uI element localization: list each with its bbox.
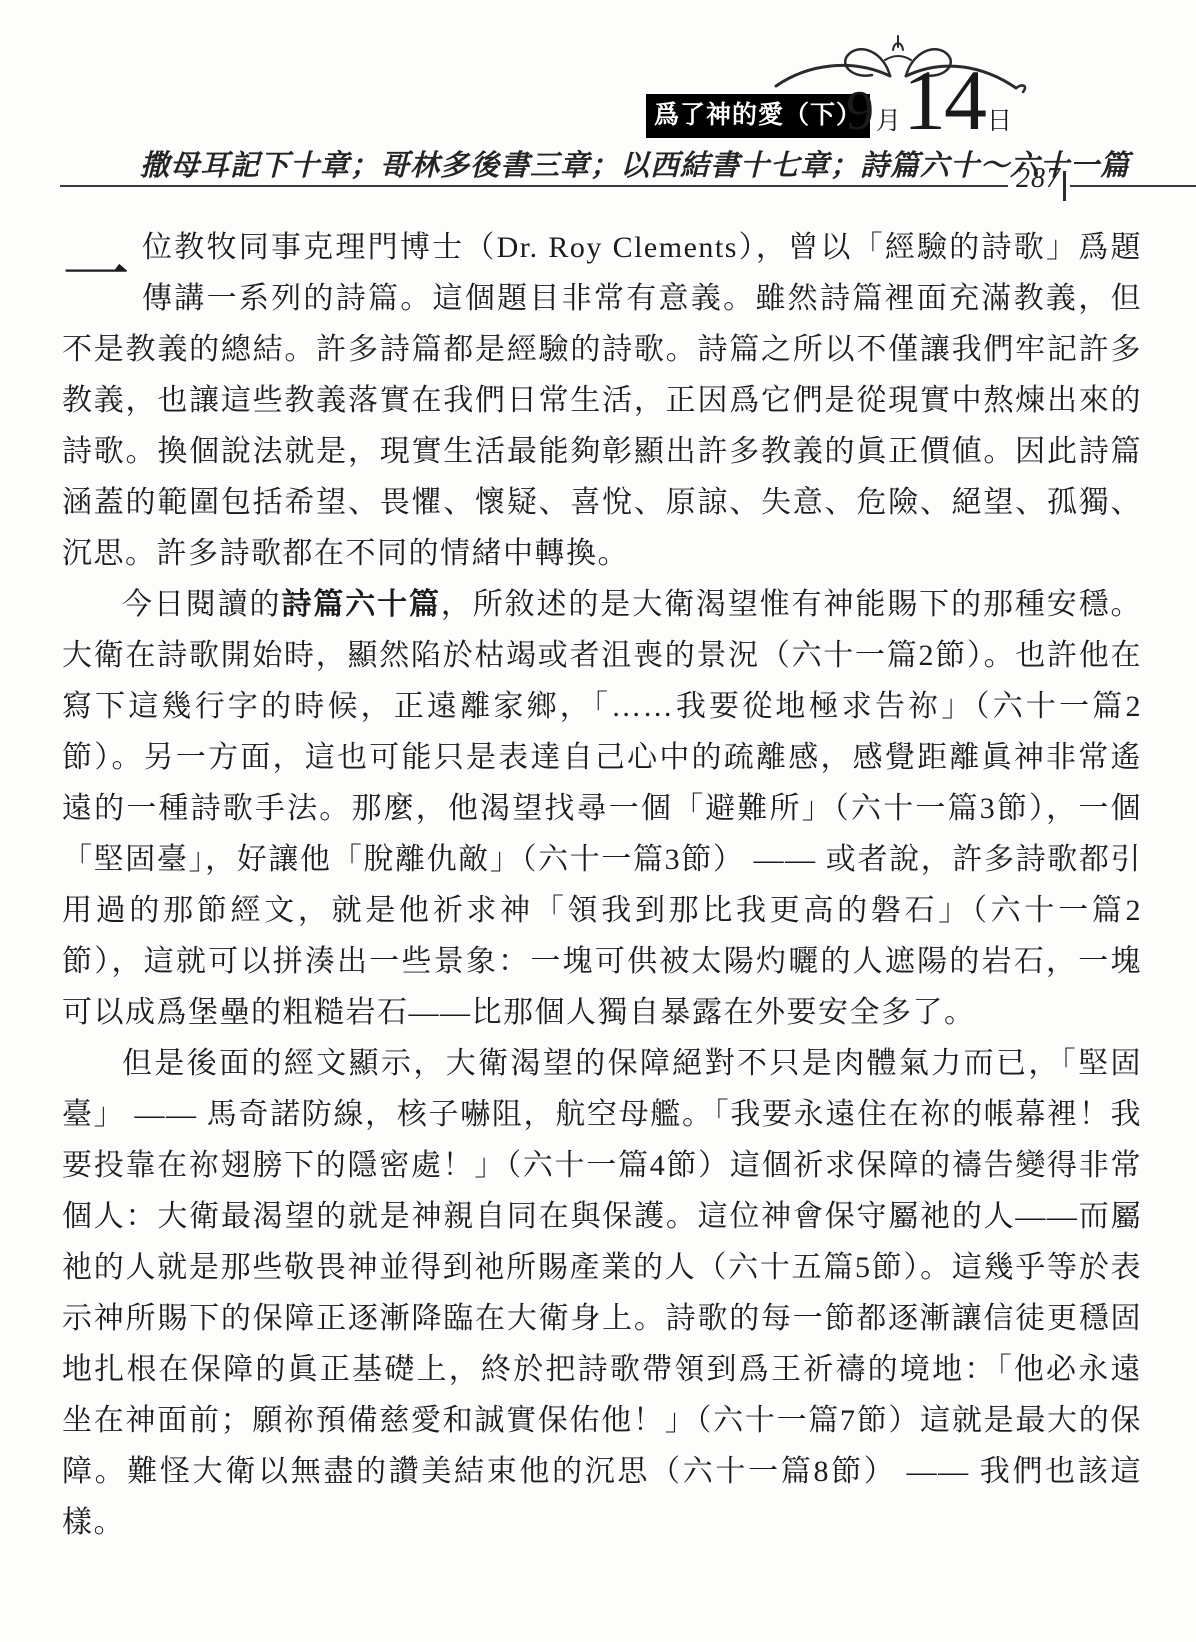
paragraph-2-rest: ，所敘述的是大衛渴望惟有神能賜下的那種安穩。大衛在詩歌開始時，顯然陷於枯竭或者沮…	[62, 588, 1142, 1029]
month-character: 月	[876, 101, 901, 137]
paragraph-3: 但是後面的經文顯示，大衛渴望的保障絕對不只是肉體氣力而已，「堅固臺」 —— 馬奇…	[62, 1038, 1142, 1548]
page-number: 287	[1016, 163, 1061, 195]
day-character: 日	[987, 101, 1012, 137]
drop-cap: 一	[62, 222, 142, 322]
paragraph-1: 一 位教牧同事克理門博士（Dr. Roy Clements），曾以「經驗的詩歌」…	[62, 222, 1142, 579]
header-rule: 287	[60, 170, 1196, 202]
psalm-title-bold: 詩篇六十篇	[281, 588, 440, 621]
devotional-text: 一 位教牧同事克理門博士（Dr. Roy Clements），曾以「經驗的詩歌」…	[62, 222, 1142, 1548]
month-number: 9	[846, 79, 874, 143]
date-heading: 9 月 14 日	[846, 50, 1014, 150]
series-title-banner: 爲了神的愛（下）	[646, 94, 870, 138]
page-number-tick	[1063, 171, 1066, 201]
rule-right-segment	[1070, 185, 1196, 187]
rule-left-segment	[60, 185, 1008, 187]
book-page: 爲了神的愛（下） 9 月 14 日 撒母耳記下十章；哥林多後書三章；以西結書十七…	[0, 0, 1196, 1642]
day-number: 14	[903, 50, 985, 150]
paragraph-1-text: 位教牧同事克理門博士（Dr. Roy Clements），曾以「經驗的詩歌」爲題…	[62, 231, 1142, 570]
paragraph-2: 今日閱讀的詩篇六十篇，所敘述的是大衛渴望惟有神能賜下的那種安穩。大衛在詩歌開始時…	[62, 579, 1142, 1038]
paragraph-2-prefix: 今日閱讀的	[122, 588, 281, 621]
